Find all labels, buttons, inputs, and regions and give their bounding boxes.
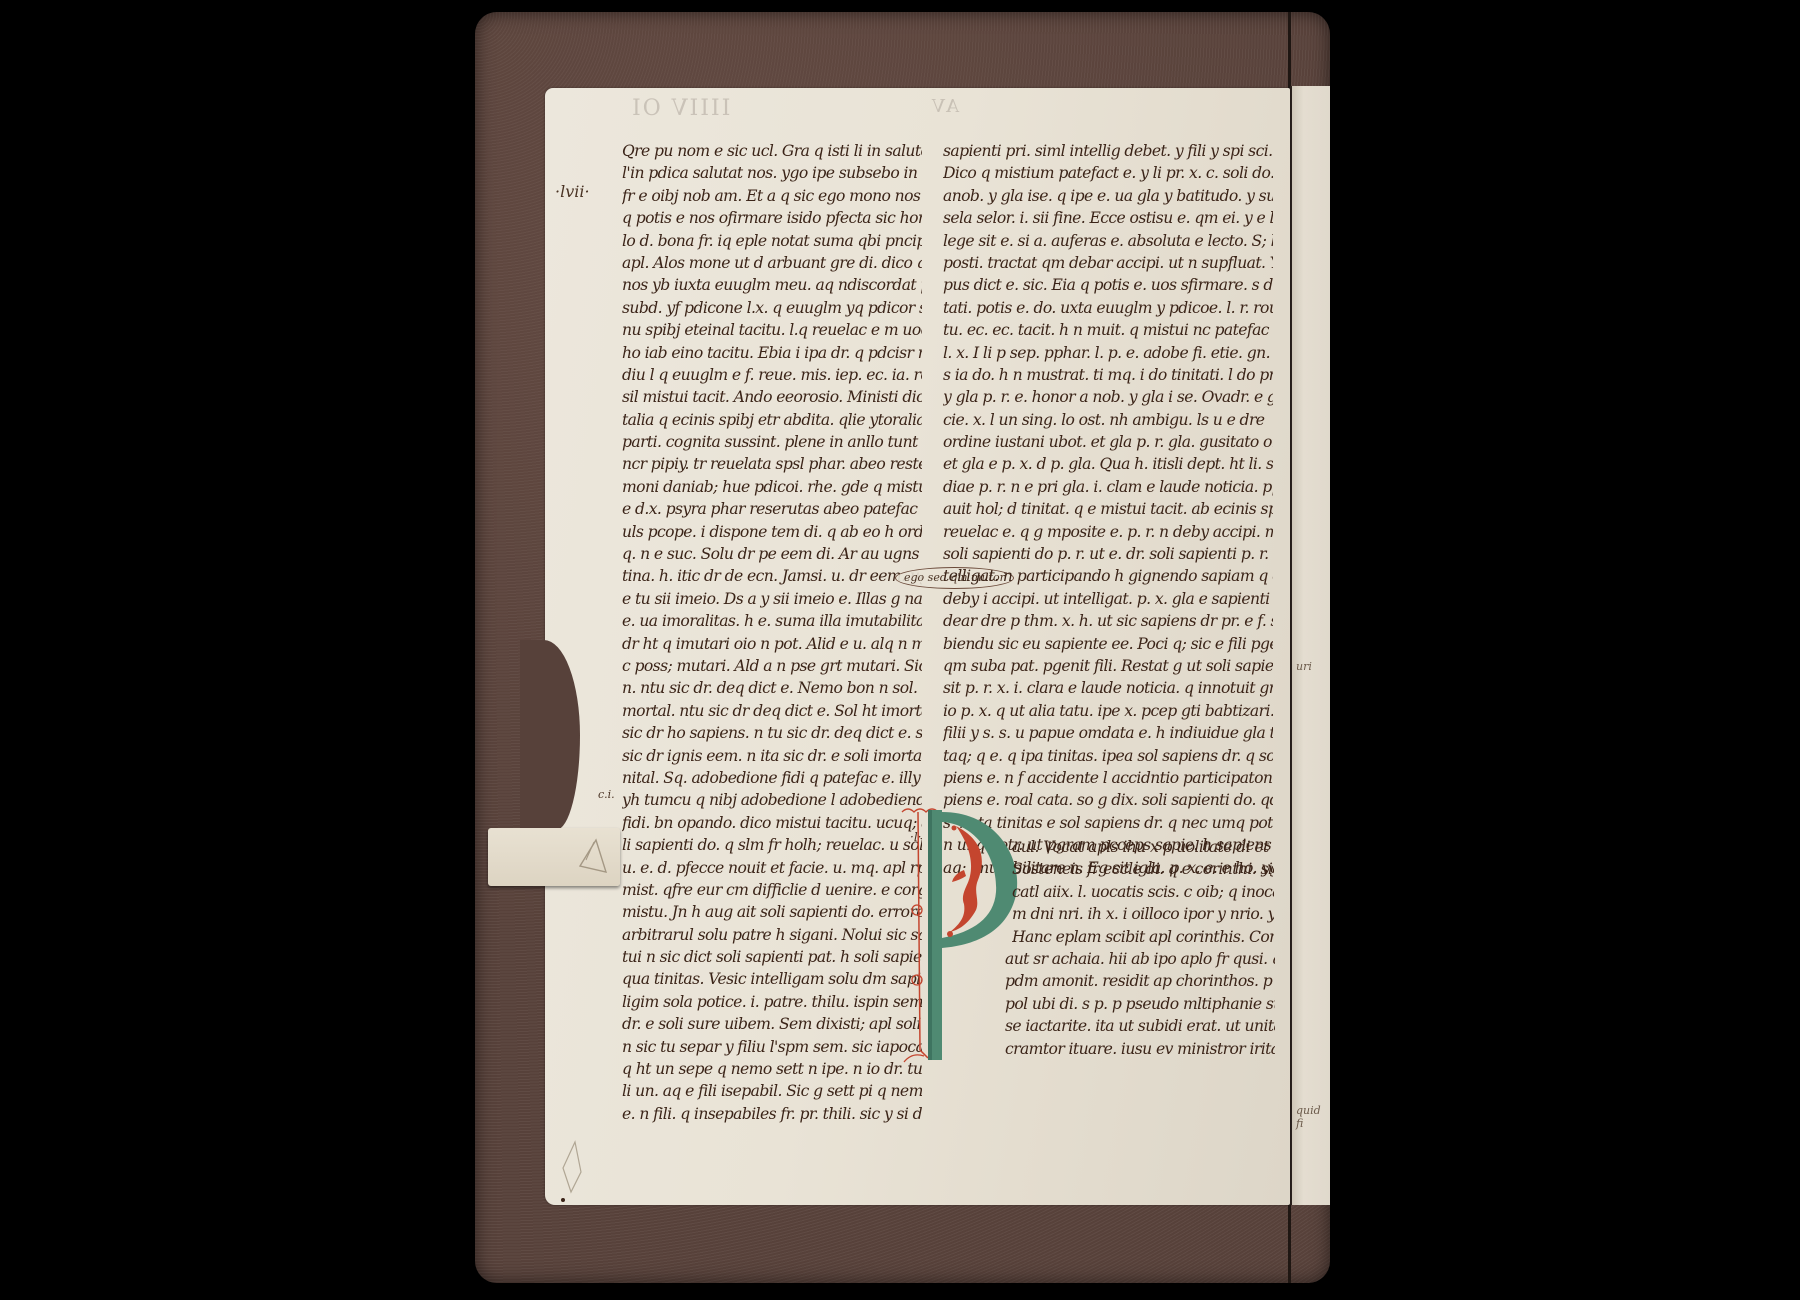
text-line: u. e. d. pfecce nouit et facie. u. mq. a… [622, 857, 922, 879]
text-line: tina. h. itic dr de ecn. Jamsi. u. dr ee… [622, 565, 922, 587]
text-line: Sosteneis fr eccle di. q e corinthi. sic… [1012, 858, 1274, 880]
text-line: reuelac e. q g mposite e. p. r. n deby a… [943, 521, 1273, 543]
text-line: li sapienti do. q slm fr holh; reuelac. … [622, 834, 922, 856]
leaf-margin-note: quid fi [1296, 1104, 1330, 1130]
text-line: parti. cognita sussint. plene in anllo t… [622, 431, 922, 453]
text-line: e tu sii imeio. Ds a y sii imeio e. Illa… [622, 588, 922, 610]
text-line: e. ua imoralitas. h e. suma illa imutabi… [622, 610, 922, 632]
text-line: lo d. bona fr. iq eple notat suma qbi pn… [622, 230, 922, 252]
text-line: nos yb iuxta euuglm meu. aq ndiscordat p… [622, 274, 922, 296]
text-line: moni daniab; hue pdicoi. rhe. gde q mist… [622, 476, 922, 498]
text-line: nital. Sq. adobedione fidi q patefac e. … [622, 767, 922, 789]
text-line: yh tumcu q nibj adobedione l adobediend.… [622, 789, 922, 811]
text-line: diu l q euuglm e f. reue. mis. iep. ec. … [622, 364, 922, 386]
text-line: tui n sic dict soli sapienti pat. h soli… [622, 946, 922, 968]
parchment-tab [488, 828, 620, 886]
text-line: Hanc eplam scibit apl corinthis. Corinth… [1012, 926, 1274, 948]
text-line: l'in pdica salutat nos. ygo ipe subsebo … [622, 162, 922, 184]
text-line: e d.x. psyra phar reserutas abeo patefac… [622, 498, 922, 520]
text-line: cramtor ituare. iusu ev ministror iritas… [1005, 1038, 1275, 1060]
text-line: pol ubi di. s p. p pseudo mltiphanie sub… [1005, 993, 1275, 1015]
text-line: tu. ec. ec. tacit. h n muit. q mistui nc… [943, 319, 1273, 341]
text-line: fr e oibj nob am. Et a q sic ego mono no… [622, 185, 922, 207]
text-line: q ht un sepe q nemo sett n ipe. n io dr.… [622, 1058, 922, 1080]
text-line: mortal. ntu sic dr deq dict e. Sol ht im… [622, 700, 922, 722]
adjacent-leaf-edge: uri quid fi [1290, 86, 1330, 1205]
text-line: taq; q e. q ipa tinitas. ipea sol sapien… [943, 745, 1273, 767]
text-line: Dico q mistium patefact e. y li pr. x. c… [943, 162, 1273, 184]
text-line: qua tinitas. Vesic intelligam solu dm sa… [622, 968, 922, 990]
margin-annotation: c.i. [598, 788, 615, 801]
text-line: tati. potis e. do. uxta euuglm y pdicoe.… [943, 297, 1273, 319]
corner-sketch-icon [555, 1138, 595, 1208]
text-line: biendu sic eu sapiente ee. Poci q; sic e… [943, 633, 1273, 655]
triangle-doodle-icon [572, 836, 612, 878]
bleed-through-header: IIIIV OI [630, 96, 730, 121]
text-line: apl. Alos mone ut d arbuant gre di. dico… [622, 252, 922, 274]
text-line: aut sr achaia. hii ab ipo aplo fr qusi. … [1005, 948, 1275, 970]
text-line: auit hol; d tinitat. q e mistui tacit. a… [943, 498, 1273, 520]
text-line: ordine iustani ubot. et gla p. r. gla. g… [943, 431, 1273, 453]
folio-margin-number: ·lvii· [555, 182, 590, 201]
text-line: piens e. n f accidente l accidntio parti… [943, 767, 1273, 789]
text-line: fidi. bn opando. dico mistui tacitu. ucu… [622, 812, 922, 834]
text-line: sit p. r. x. i. clara e laude noticia. q… [943, 677, 1273, 699]
text-line: telligat. n participando h gignendo sapi… [943, 565, 1273, 587]
text-line: mist. qfre eur cm difficlie d uenire. e … [622, 879, 922, 901]
text-line: sela selor. i. sii fine. Ecce ostisu e. … [943, 207, 1273, 229]
text-line: pdm amonit. residit ap chorinthos. p ann… [1005, 970, 1275, 992]
text-line: anob. y gla ise. q ipe e. ua gla y batit… [943, 185, 1273, 207]
text-line: sic dr ignis eem. n ita sic dr. e soli i… [622, 745, 922, 767]
text-line: filii y s. s. u papue omdata e. h indiui… [943, 722, 1273, 744]
text-after-initial-full: aut sr achaia. hii ab ipo aplo fr qusi. … [1005, 948, 1275, 1060]
text-line: lege sit e. si a. auferas e. absoluta e … [943, 230, 1273, 252]
text-line: n sic tu separ y filiu l'spm sem. sic ia… [622, 1036, 922, 1058]
text-line: soli sapienti do p. r. ut e. dr. soli sa… [943, 543, 1273, 565]
illuminated-initial-p [898, 800, 1018, 1070]
text-line: pus dict e. sic. Eia q potis e. uos sfir… [943, 274, 1273, 296]
text-line: catl aiix. l. uocatis scis. c oib; q ino… [1012, 881, 1274, 903]
text-line: diae p. r. n e pri gla. i. clam e laude … [943, 476, 1273, 498]
text-line: y gla p. r. e. honor a nob. y gla i se. … [943, 386, 1273, 408]
text-line: sic dr ho sapiens. n tu sic dr. deq dict… [622, 722, 922, 744]
text-line: l. x. I li p sep. pphar. l. p. e. adobe … [943, 342, 1273, 364]
text-line: arbitrarul solu patre h sigani. Nolui si… [622, 924, 922, 946]
text-line: subd. yf pdicone l.x. q euuglm yq pdicor… [622, 297, 922, 319]
text-line: cie. x. l un sing. lo ost. nh ambigu. ls… [943, 409, 1273, 431]
left-text-column: Qre pu nom e sic ucl. Gra q isti li in s… [622, 140, 922, 1125]
text-line: se iactarite. ita ut subidi erat. ut uni… [1005, 1015, 1275, 1037]
text-line: li un. aq e fili isepabil. Sic g sett pi… [622, 1080, 922, 1102]
text-line: deby i accipi. ut intelligat. p. x. gla … [943, 588, 1273, 610]
text-line: sapienti pri. siml intellig debet. y fil… [943, 140, 1273, 162]
text-line: dr ht q imutari oio n pot. Alid e u. alq… [622, 633, 922, 655]
text-line: uls pcope. i dispone tem di. q ab eo h o… [622, 521, 922, 543]
text-line: q potis e nos ofirmare isido pfecta sic … [622, 207, 922, 229]
text-line: ncr pipiy. tr reuelata spsl phar. abeo r… [622, 453, 922, 475]
text-line: io p. x. q ut alia tatu. ipe x. pcep gti… [943, 700, 1273, 722]
text-line: q. n e suc. Solu dr pe eem di. Ar au ugn… [622, 543, 922, 565]
text-line: aul. Vocat apls ihu x p uolitate di et [1012, 836, 1274, 858]
text-line: mistu. Jn h aug ait soli sapienti do. er… [622, 901, 922, 923]
text-line: talia q ecinis spibj etr abdita. qlie yt… [622, 409, 922, 431]
text-line: c poss; mutari. Ald a n pse grt mutari. … [622, 655, 922, 677]
text-line: nu spibj eteinal tacitu. l.q reuelac e m… [622, 319, 922, 341]
bleed-through-mark: AV [930, 96, 959, 117]
text-line: m dni nri. ih x. i oilloco ipor y nrio. … [1012, 903, 1274, 925]
text-line: s ia do. h n mustrat. ti mq. i do tinita… [943, 364, 1273, 386]
text-line: e. n fili. q insepabiles fr. pr. thili. … [622, 1103, 922, 1125]
text-line: posti. tractat qm debar accipi. ut n sup… [943, 252, 1273, 274]
text-line: sil mistui tacit. Ando eeorosio. Ministi… [622, 386, 922, 408]
right-text-column: sapienti pri. siml intellig debet. y fil… [943, 140, 1273, 879]
text-line: qm suba pat. pgenit fili. Restat g ut so… [943, 655, 1273, 677]
text-line: ligim sola potice. i. patre. thilu. ispi… [622, 991, 922, 1013]
text-line: ho iab eino tacitu. Ebia i ipa dr. q pdc… [622, 342, 922, 364]
leaf-margin-note: uri [1296, 660, 1312, 673]
text-line: n. ntu sic dr. deq dict e. Nemo bon n so… [622, 677, 922, 699]
text-after-initial-indented: aul. Vocat apls ihu x p uolitate di et S… [1012, 836, 1274, 948]
text-line: Qre pu nom e sic ucl. Gra q isti li in s… [622, 140, 922, 162]
text-line: dear dre p thm. x. h. ut sic sapiens dr … [943, 610, 1273, 632]
text-line: et gla e p. x. d p. gla. Qua h. itisli d… [943, 453, 1273, 475]
text-line: dr. e soli sure uibem. Sem dixisti; apl … [622, 1013, 922, 1035]
